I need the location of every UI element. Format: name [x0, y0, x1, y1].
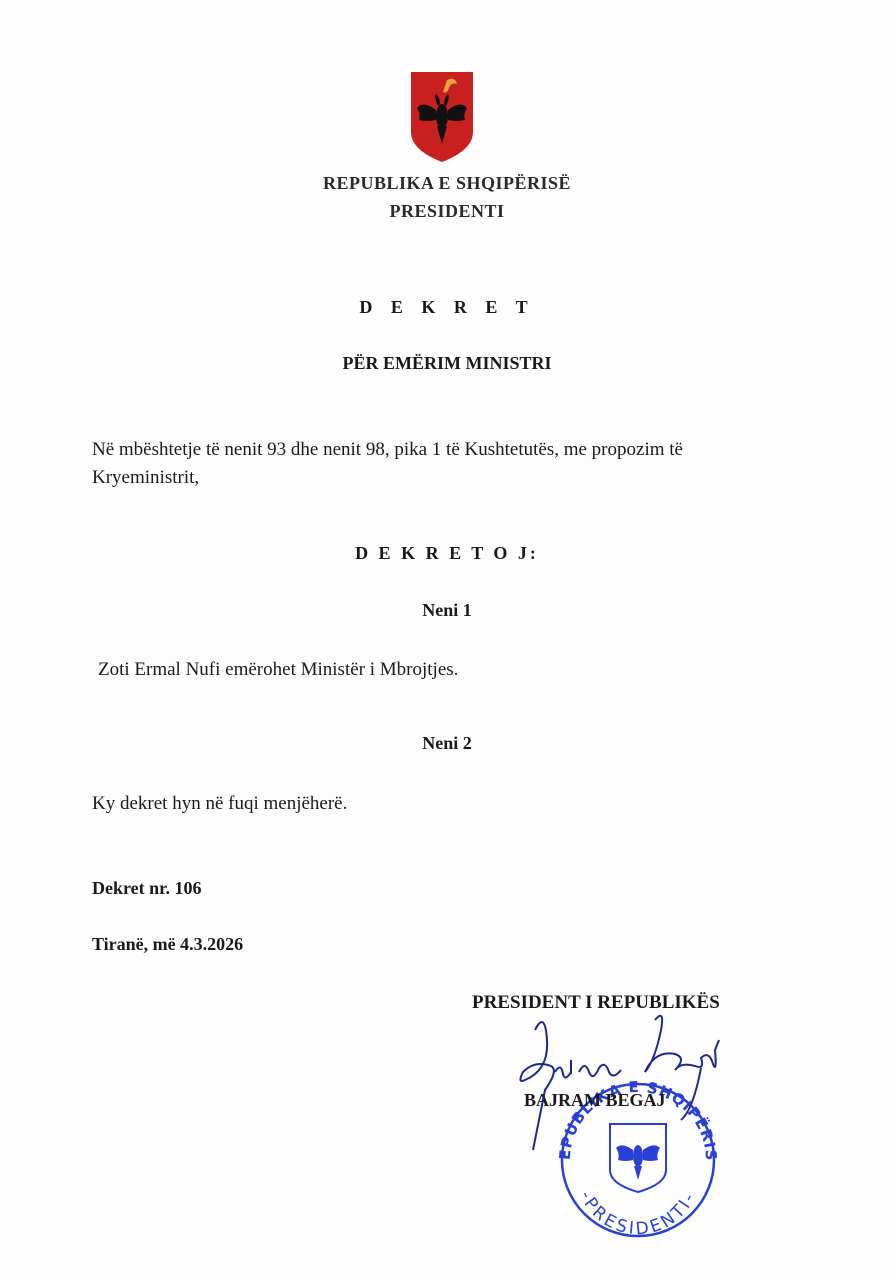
decree-heading: D E K R E T O J: [0, 543, 894, 564]
article-2-text: Ky dekret hyn në fuqi menjëherë. [92, 790, 347, 818]
header-president: PRESIDENTI [0, 201, 894, 222]
header-republic: REPUBLIKA E SHQIPËRISË [0, 173, 894, 194]
svg-text:-PRESIDENTI-: -PRESIDENTI- [575, 1188, 700, 1240]
document-title: D E K R E T [0, 297, 894, 318]
preamble-line-2: Kryeministrit, [92, 464, 199, 492]
article-2-heading: Neni 2 [0, 733, 894, 754]
document-subtitle: PËR EMËRIM MINISTRI [0, 353, 894, 374]
handwritten-signature-icon [505, 1010, 745, 1160]
article-1-text: Zoti Ermal Nufi emërohet Ministër i Mbro… [98, 656, 458, 684]
coat-of-arms-icon [409, 70, 475, 164]
article-1-heading: Neni 1 [0, 600, 894, 621]
preamble-line-1: Në mbështetje të nenit 93 dhe nenit 98, … [92, 436, 794, 464]
decree-number: Dekret nr. 106 [92, 878, 202, 899]
place-date: Tiranë, më 4.3.2026 [92, 934, 243, 955]
